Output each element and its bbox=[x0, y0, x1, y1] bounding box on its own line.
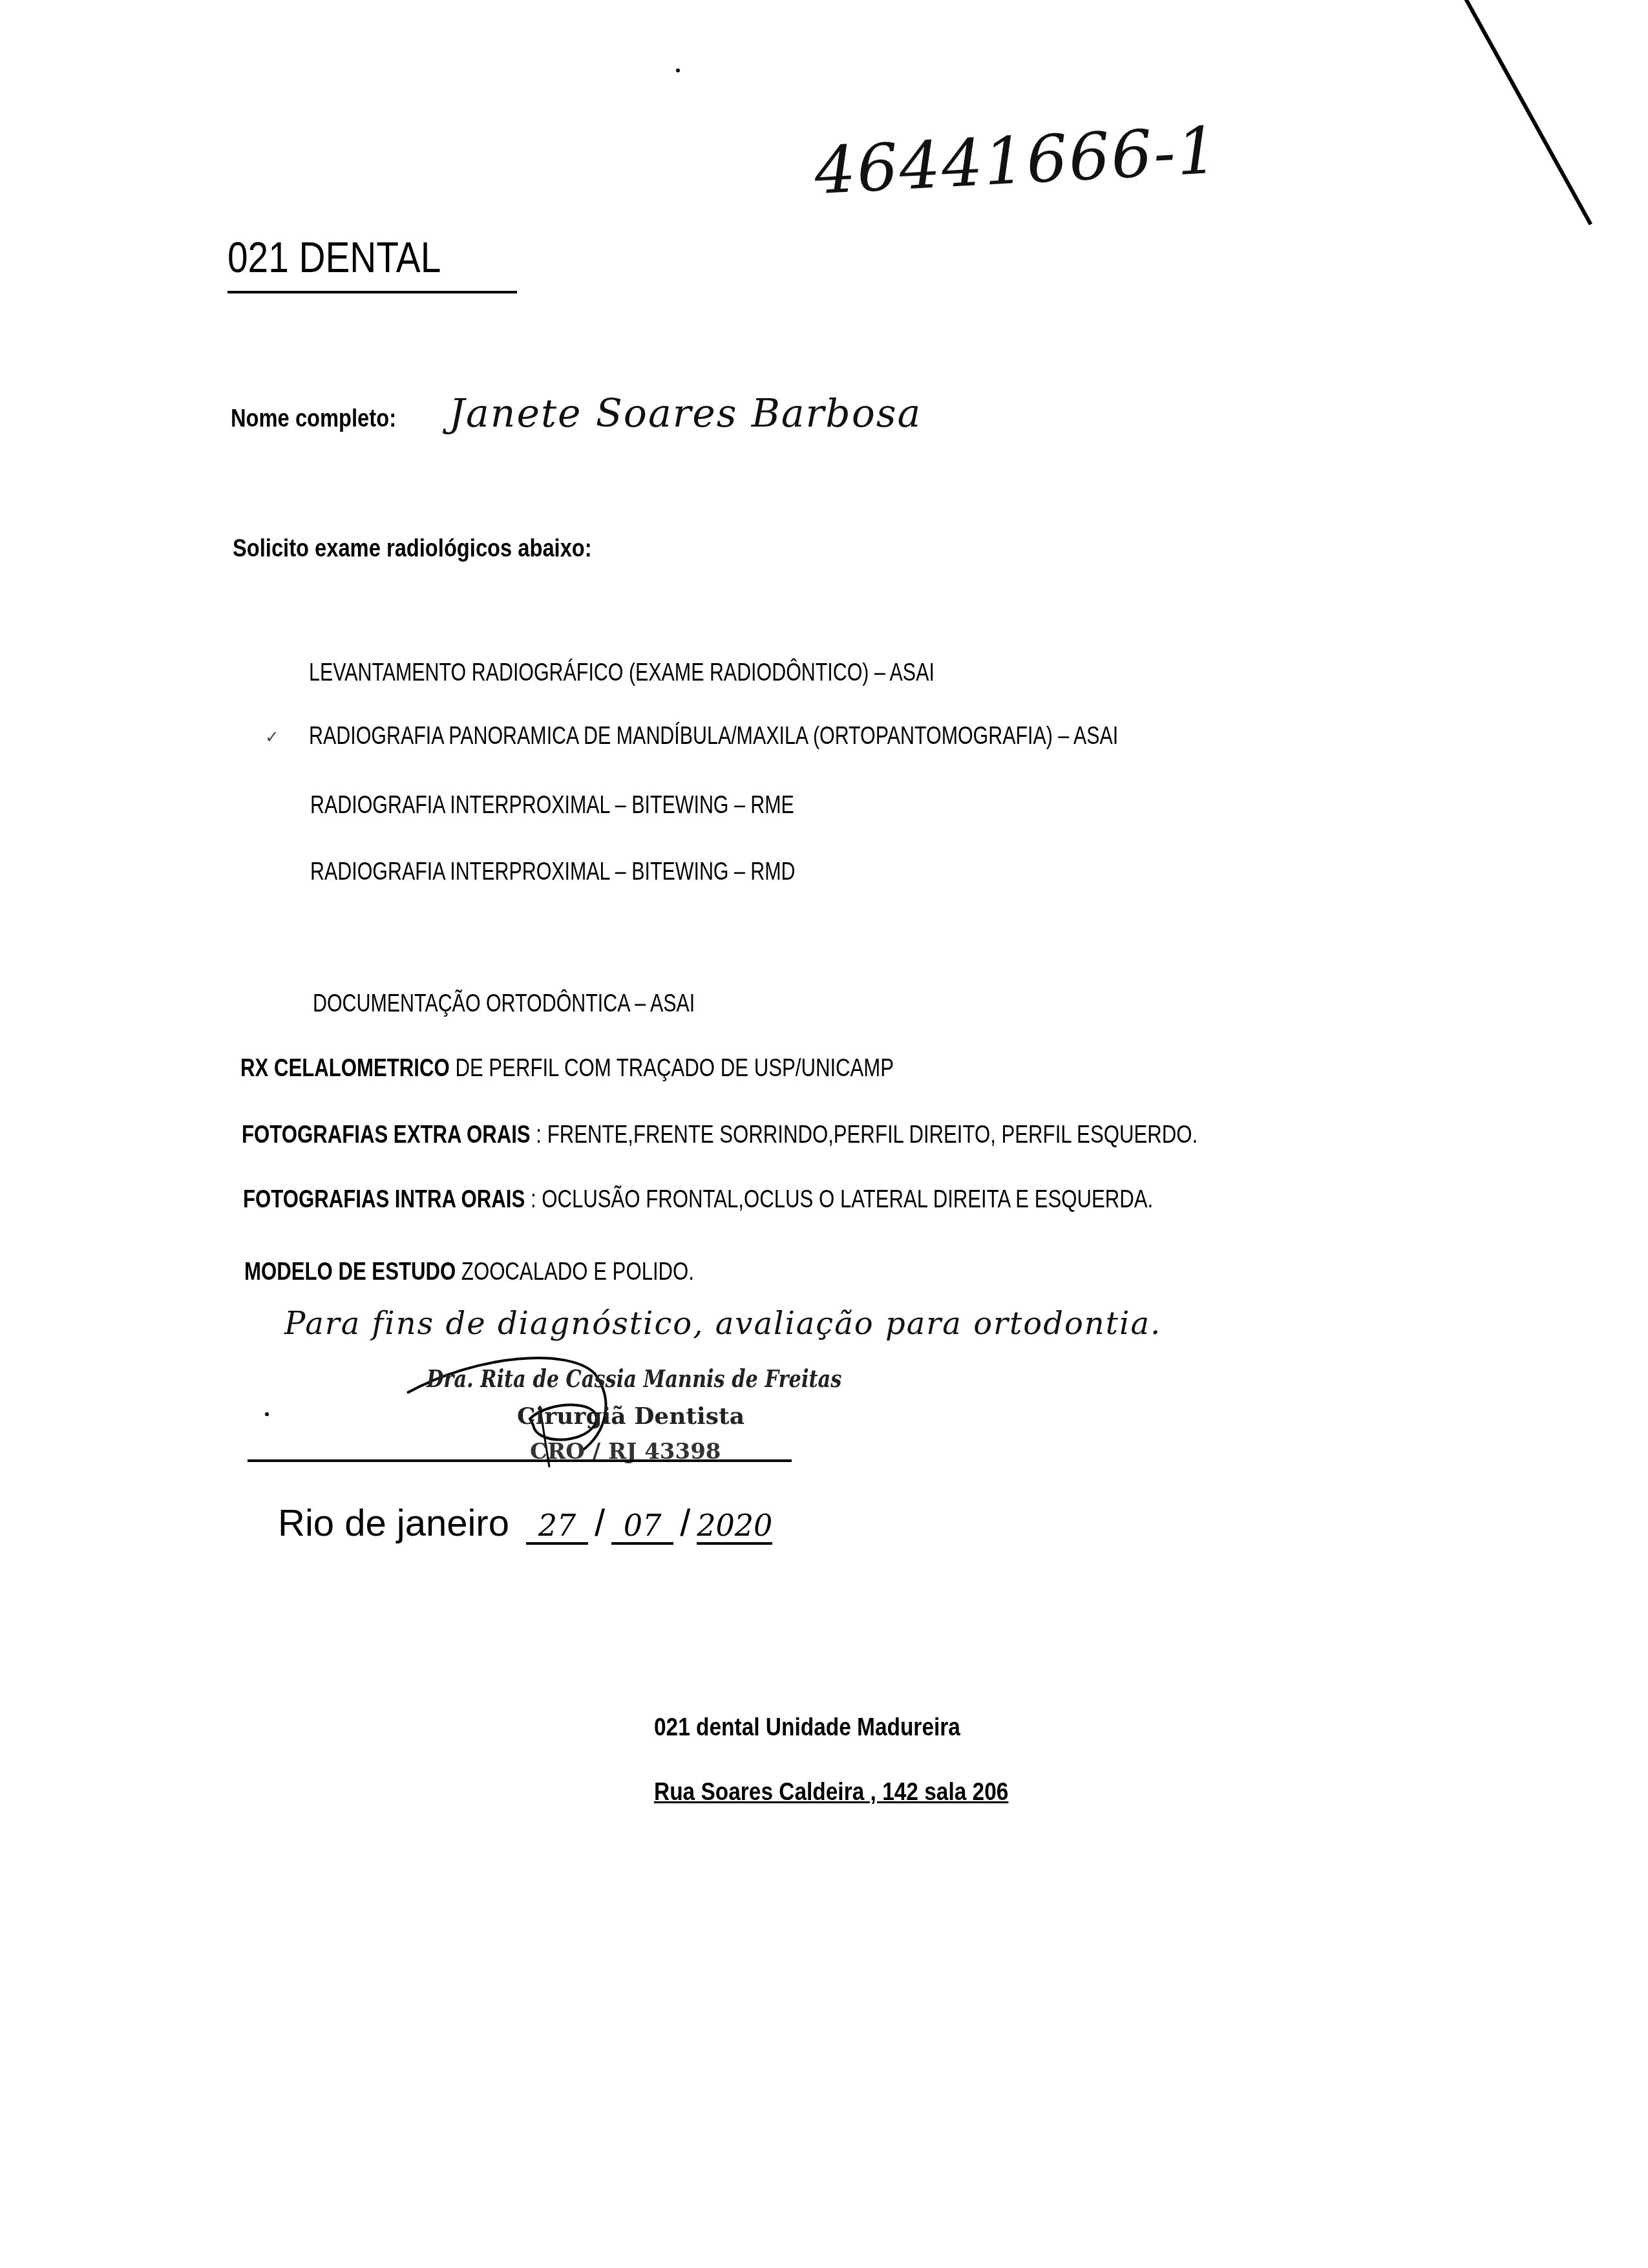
detail-line-text: : OCLUSÃO FRONTAL,OCLUS O LATERAL DIREIT… bbox=[525, 1186, 1153, 1213]
full-name-label: Nome completo: bbox=[231, 405, 396, 433]
stamp-dentist-name: Dra. Rita de Cassia Mannis de Freitas bbox=[427, 1364, 841, 1393]
full-name-value: Janete Soares Barbosa bbox=[449, 391, 922, 436]
detail-line-extraoral-photos: FOTOGRAFIAS EXTRA ORAIS : FRENTE,FRENTE … bbox=[242, 1121, 1198, 1149]
detail-line-heading: RX CELALOMETRICO bbox=[240, 1055, 450, 1082]
detail-line-text: : FRENTE,FRENTE SORRINDO,PERFIL DIREITO,… bbox=[531, 1121, 1198, 1149]
date-city: Rio de janeiro bbox=[278, 1502, 509, 1544]
date-line: Rio de janeiro 27/07/2020 bbox=[278, 1501, 779, 1545]
handwritten-reference-number: 46441666-1 bbox=[812, 112, 1221, 209]
scan-speck bbox=[265, 1412, 269, 1416]
date-year: 2020 bbox=[697, 1509, 772, 1545]
scan-speck bbox=[676, 69, 680, 72]
detail-line-heading: FOTOGRAFIAS INTRA ORAIS bbox=[243, 1186, 525, 1213]
pen-stroke-mark bbox=[1461, 0, 1592, 226]
date-month: 07 bbox=[611, 1509, 673, 1545]
exam-item: RADIOGRAFIA PANORAMICA DE MANDÍBULA/MAXI… bbox=[309, 723, 1118, 750]
detail-line-text: ZOOCALADO E POLIDO. bbox=[456, 1258, 694, 1286]
check-mark-icon: ✓ bbox=[265, 727, 279, 747]
detail-line-intraoral-photos: FOTOGRAFIAS INTRA ORAIS : OCLUSÃO FRONTA… bbox=[243, 1186, 1153, 1214]
exam-request-label: Solicito exame radiológicos abaixo: bbox=[233, 535, 592, 563]
handwritten-note: Para fins de diagnóstico, avaliação para… bbox=[284, 1306, 1161, 1342]
exam-item: DOCUMENTAÇÃO ORTODÔNTICA – ASAI bbox=[313, 990, 695, 1018]
detail-line-cephalometric: RX CELALOMETRICO DE PERFIL COM TRAÇADO D… bbox=[240, 1055, 894, 1083]
exam-item: LEVANTAMENTO RADIOGRÁFICO (EXAME RADIODÔ… bbox=[309, 659, 935, 687]
detail-line-heading: FOTOGRAFIAS EXTRA ORAIS bbox=[242, 1121, 531, 1149]
clinic-address: Rua Soares Caldeira , 142 sala 206 bbox=[654, 1779, 1008, 1807]
stamp-dentist-role: Cirurgiã Dentista bbox=[517, 1403, 745, 1430]
date-day: 27 bbox=[526, 1509, 588, 1545]
title-underline bbox=[227, 291, 517, 293]
exam-item: RADIOGRAFIA INTERPROXIMAL – BITEWING – R… bbox=[310, 858, 796, 886]
signature-line bbox=[248, 1459, 792, 1462]
date-separator: / bbox=[680, 1502, 690, 1544]
clinic-unit-name: 021 dental Unidade Madureira bbox=[654, 1714, 960, 1742]
detail-line-heading: MODELO DE ESTUDO bbox=[244, 1258, 456, 1286]
clinic-title: 021 DENTAL bbox=[227, 236, 441, 279]
date-separator: / bbox=[595, 1502, 605, 1544]
detail-line-text: DE PERFIL COM TRAÇADO DE USP/UNICAMP bbox=[450, 1055, 894, 1082]
exam-item: RADIOGRAFIA INTERPROXIMAL – BITEWING – R… bbox=[310, 792, 794, 820]
detail-line-study-model: MODELO DE ESTUDO ZOOCALADO E POLIDO. bbox=[244, 1258, 694, 1286]
